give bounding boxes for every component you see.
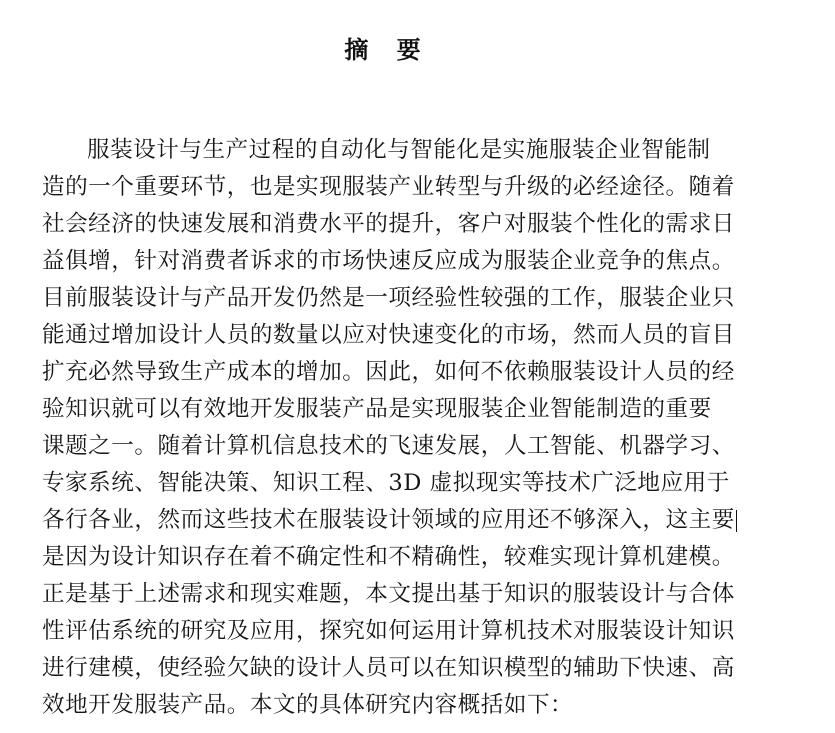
abstract-body[interactable]: 服装设计与生产过程的自动化与智能化是实施服装企业智能制 造的一个重要环节，也是实… bbox=[42, 132, 742, 724]
text-line-with-caret: 各行各业，然而这些技术在服装设计领域的应用还不够深入，这主要 bbox=[42, 502, 742, 539]
text-cursor bbox=[736, 510, 737, 532]
text-line: 性评估系统的研究及应用，探究如何运用计算机技术对服装设计知识 bbox=[42, 613, 742, 650]
abstract-title: 摘 要 bbox=[0, 32, 775, 68]
text-line: 扩充必然导致生产成本的增加。因此，如何不依赖服装设计人员的经 bbox=[42, 354, 742, 391]
text-line: 能通过增加设计人员的数量以应对快速变化的市场，然而人员的盲目 bbox=[42, 317, 742, 354]
text-line: 服装设计与生产过程的自动化与智能化是实施服装企业智能制 bbox=[42, 132, 742, 169]
text-line: 课题之一。随着计算机信息技术的飞速发展，人工智能、机器学习、 bbox=[42, 428, 742, 465]
text-line: 目前服装设计与产品开发仍然是一项经验性较强的工作，服装企业只 bbox=[42, 280, 742, 317]
text-line: 社会经济的快速发展和消费水平的提升，客户对服装个性化的需求日 bbox=[42, 206, 742, 243]
text-line: 是因为设计知识存在着不确定性和不精确性，较难实现计算机建模。 bbox=[42, 539, 742, 576]
text-line: 效地开发服装产品。本文的具体研究内容概括如下： bbox=[42, 687, 742, 724]
text-line: 验知识就可以有效地开发服装产品是实现服装企业智能制造的重要 bbox=[42, 391, 742, 428]
text-line: 益俱增，针对消费者诉求的市场快速反应成为服装企业竞争的焦点。 bbox=[42, 243, 742, 280]
text-line: 正是基于上述需求和现实难题，本文提出基于知识的服装设计与合体 bbox=[42, 576, 742, 613]
text-line: 造的一个重要环节，也是实现服装产业转型与升级的必经途径。随着 bbox=[42, 169, 742, 206]
text-line: 专家系统、智能决策、知识工程、3D 虚拟现实等技术广泛地应用于 bbox=[42, 465, 742, 502]
text-line: 各行各业，然而这些技术在服装设计领域的应用还不够深入，这主要 bbox=[42, 507, 735, 533]
document-page: 摘 要 服装设计与生产过程的自动化与智能化是实施服装企业智能制 造的一个重要环节… bbox=[0, 0, 835, 733]
text-line: 进行建模，使经验欠缺的设计人员可以在知识模型的辅助下快速、高 bbox=[42, 650, 742, 687]
